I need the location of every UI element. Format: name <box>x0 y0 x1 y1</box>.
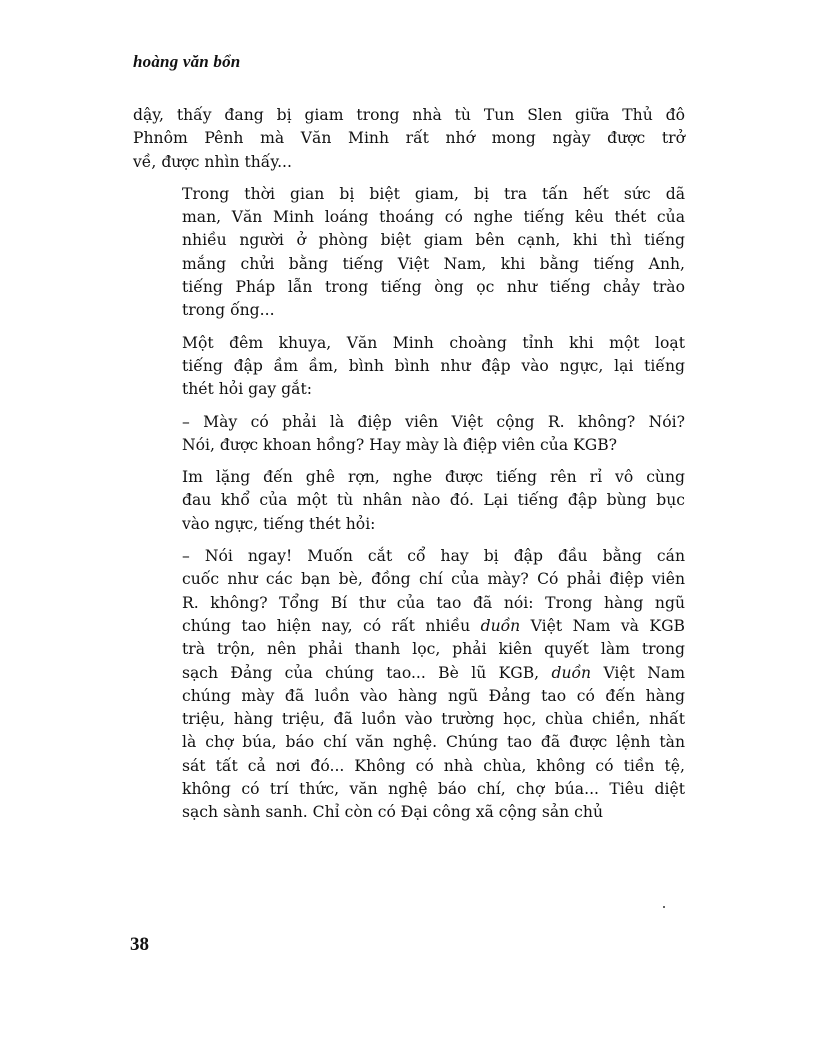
text-line: sát tất cả nơi đó... Không có nhà chùa, … <box>133 755 685 778</box>
text-line: chúng tao hiện nay, có rất nhiều duồn Vi… <box>133 615 685 638</box>
text-line: tiếng đập ầm ầm, bình bình như đập vào n… <box>133 355 685 378</box>
text-line: tiếng Pháp lẫn trong tiếng òng ọc như ti… <box>133 276 685 299</box>
paragraph: – Mày có phải là điệp viên Việt cộng R. … <box>133 411 685 458</box>
text-line: mắng chửi bằng tiếng Việt Nam, khi bằng … <box>133 253 685 276</box>
text-line: Trong thời gian bị biệt giam, bị tra tấn… <box>133 183 685 206</box>
body-text: dậy, thấy đang bị giam trong nhà tù Tun … <box>133 104 685 825</box>
paragraph: Im lặng đến ghê rợn, nghe được tiếng rên… <box>133 466 685 536</box>
text-line: trà trộn, nên phải thanh lọc, phải kiên … <box>133 638 685 661</box>
text-line: thét hỏi gay gắt: <box>133 378 685 401</box>
text-line: là chợ búa, báo chí văn nghệ. Chúng tao … <box>133 731 685 754</box>
paragraph: – Nói ngay! Muốn cắt cổ hay bị đập đầu b… <box>133 545 685 825</box>
text-line: Nói, được khoan hồng? Hay mày là điệp vi… <box>133 434 685 457</box>
text-line: cuốc như các bạn bè, đồng chí của mày? C… <box>133 568 685 591</box>
text-line: triệu, hàng triệu, đã luồn vào trường họ… <box>133 708 685 731</box>
text-line: Im lặng đến ghê rợn, nghe được tiếng rên… <box>133 466 685 489</box>
scan-speck <box>663 906 665 908</box>
text-line: vào ngực, tiếng thét hỏi: <box>133 513 685 536</box>
paragraph: dậy, thấy đang bị giam trong nhà tù Tun … <box>133 104 685 174</box>
paragraph: Trong thời gian bị biệt giam, bị tra tấn… <box>133 183 685 323</box>
text-line: R. không? Tổng Bí thư của tao đã nói: Tr… <box>133 592 685 615</box>
text-line: sạch Đảng của chúng tao... Bè lũ KGB, du… <box>133 662 685 685</box>
text-line: – Mày có phải là điệp viên Việt cộng R. … <box>133 411 685 434</box>
text-line: – Nói ngay! Muốn cắt cổ hay bị đập đầu b… <box>133 545 685 568</box>
page-number: 38 <box>130 934 149 956</box>
text-line: về, được nhìn thấy... <box>133 151 685 174</box>
text-line: trong ống... <box>133 299 685 322</box>
italic-term: duồn <box>551 664 591 682</box>
text-line: Một đêm khuya, Văn Minh choàng tỉnh khi … <box>133 332 685 355</box>
text-line: không có trí thức, văn nghệ báo chí, chợ… <box>133 778 685 801</box>
paragraph: Một đêm khuya, Văn Minh choàng tỉnh khi … <box>133 332 685 402</box>
text-line: Phnôm Pênh mà Văn Minh rất nhớ mong ngày… <box>133 127 685 150</box>
running-head-author: hoàng văn bổn <box>133 52 240 72</box>
text-line: đau khổ của một tù nhân nào đó. Lại tiến… <box>133 489 685 512</box>
text-line: man, Văn Minh loáng thoáng có nghe tiếng… <box>133 206 685 229</box>
italic-term: duồn <box>481 617 521 635</box>
text-line: nhiều người ở phòng biệt giam bên cạnh, … <box>133 229 685 252</box>
text-line: chúng mày đã luồn vào hàng ngũ Đảng tao … <box>133 685 685 708</box>
text-line: dậy, thấy đang bị giam trong nhà tù Tun … <box>133 104 685 127</box>
text-line: sạch sành sanh. Chỉ còn có Đại công xã c… <box>133 801 685 824</box>
